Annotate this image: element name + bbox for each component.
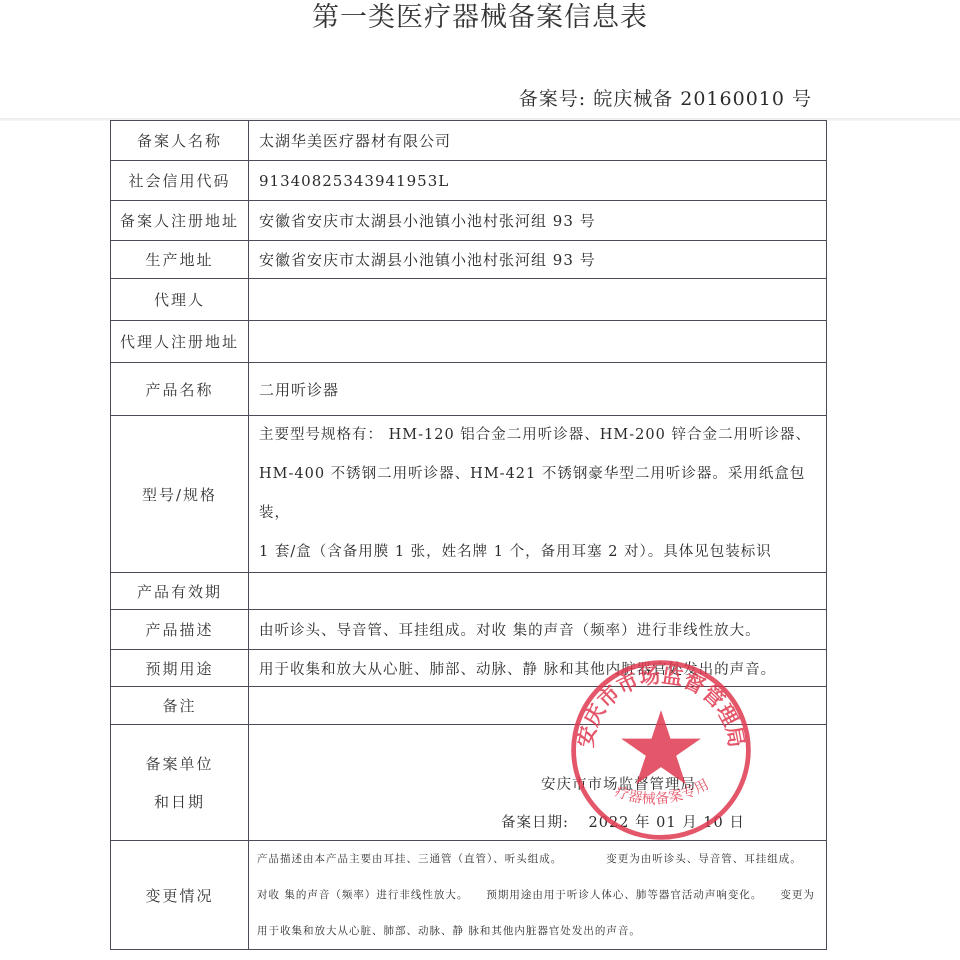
- value-credit-code: 91340825343941953L: [249, 161, 827, 201]
- label-model-spec: 型号/规格: [111, 416, 249, 573]
- record-number: 备案号: 皖庆械备 20160010 号: [519, 84, 812, 111]
- filing-date: 备案日期: 2022 年 01 月 10 日: [501, 811, 745, 832]
- row-filer-address: 备案人注册地址 安徽省安庆市太湖县小池镇小池村张河组 93 号: [111, 201, 827, 241]
- value-intended-use: 用于收集和放大从心脏、肺部、动脉、静 脉和其他内脏器官处发出的声音。: [249, 650, 827, 687]
- filing-date-day-unit: 日: [729, 815, 745, 831]
- value-filer-address: 安徽省安庆市太湖县小池镇小池村张河组 93 号: [249, 201, 827, 241]
- changes-line-2: 对收 集的声音（频率）进行非线性放大。预期用途由用于听诊人体心、肺等器官活动声响…: [257, 877, 826, 913]
- row-filer-name: 备案人名称 太湖华美医疗器材有限公司: [111, 121, 827, 161]
- filing-date-month-unit: 月: [682, 815, 698, 831]
- changes-line-3: 用于收集和放大从心脏、肺部、动脉、静 脉和其他内脏器官处发出的声音。: [257, 913, 826, 949]
- filing-date-year: 2022: [589, 815, 630, 831]
- row-model-spec: 型号/规格 主要型号规格有： HM-120 铝合金二用听诊器、HM-200 锌合…: [111, 416, 827, 573]
- filing-unit-block: 安庆市市场监督管理局 备案日期: 2022 年 01 月 10 日: [249, 725, 826, 840]
- value-description: 由听诊头、导音管、耳挂组成。对收 集的声音（频率）进行非线性放大。: [249, 610, 827, 650]
- filing-date-label: 备案日期:: [501, 815, 569, 831]
- value-product-name: 二用听诊器: [249, 363, 827, 416]
- filing-date-day: 10: [703, 815, 723, 831]
- row-changes: 变更情况 产品描述由本产品主要由耳挂、三通管（直管）、听头组成。变更为由听诊头、…: [111, 841, 827, 950]
- row-agent-address: 代理人注册地址: [111, 321, 827, 363]
- value-production-address: 安徽省安庆市太湖县小池镇小池村张河组 93 号: [249, 241, 827, 279]
- changes-line-2-part-a: 对收 集的声音（频率）进行非线性放大。: [257, 889, 468, 901]
- document-title: 第一类医疗器械备案信息表: [0, 0, 960, 36]
- label-filer-name: 备案人名称: [111, 121, 249, 161]
- label-filing-unit: 备案单位: [111, 745, 248, 783]
- label-agent-address: 代理人注册地址: [111, 321, 249, 363]
- filing-unit-name: 安庆市市场监督管理局: [541, 773, 696, 794]
- value-validity: [249, 573, 827, 610]
- label-description: 产品描述: [111, 610, 249, 650]
- changes-line-1-old: 产品描述由本产品主要由耳挂、三通管（直管）、听头组成。: [257, 853, 562, 865]
- row-intended-use: 预期用途 用于收集和放大从心脏、肺部、动脉、静 脉和其他内脏器官处发出的声音。: [111, 650, 827, 687]
- row-description: 产品描述 由听诊头、导音管、耳挂组成。对收 集的声音（频率）进行非线性放大。: [111, 610, 827, 650]
- value-agent-address: [249, 321, 827, 363]
- row-filing-unit-date: 备案单位 和日期 安庆市市场监督管理局 备案日期: 2022 年 01 月 10…: [111, 725, 827, 841]
- label-changes: 变更情况: [111, 841, 249, 950]
- changes-line-1-new: 变更为由听诊头、导音管、耳挂组成。: [606, 853, 802, 865]
- value-filing-unit-date: 安庆市市场监督管理局 备案日期: 2022 年 01 月 10 日: [249, 725, 827, 841]
- row-validity: 产品有效期: [111, 573, 827, 610]
- changes-line-1: 产品描述由本产品主要由耳挂、三通管（直管）、听头组成。变更为由听诊头、导音管、耳…: [257, 841, 826, 877]
- label-credit-code: 社会信用代码: [111, 161, 249, 201]
- label-and-date: 和日期: [111, 783, 248, 821]
- label-filing-unit-date: 备案单位 和日期: [111, 725, 249, 841]
- label-validity: 产品有效期: [111, 573, 249, 610]
- value-remarks: [249, 687, 827, 725]
- label-agent: 代理人: [111, 279, 249, 321]
- row-production-address: 生产地址 安徽省安庆市太湖县小池镇小池村张河组 93 号: [111, 241, 827, 279]
- changes-line-2-part-b: 预期用途由用于听诊人体心、肺等器官活动声响变化。: [486, 889, 762, 901]
- model-spec-line-3: 1 套/盒（含备用膜 1 张，姓名牌 1 个，备用耳塞 2 对）。具体见包装标识: [259, 533, 826, 572]
- row-credit-code: 社会信用代码 91340825343941953L: [111, 161, 827, 201]
- model-spec-line-1: 主要型号规格有： HM-120 铝合金二用听诊器、HM-200 锌合金二用听诊器…: [259, 416, 826, 455]
- label-product-name: 产品名称: [111, 363, 249, 416]
- value-changes: 产品描述由本产品主要由耳挂、三通管（直管）、听头组成。变更为由听诊头、导音管、耳…: [249, 841, 827, 950]
- model-spec-line-2: HM-400 不锈钢二用听诊器、HM-421 不锈钢豪华型二用听诊器。采用纸盒包…: [259, 455, 826, 533]
- label-intended-use: 预期用途: [111, 650, 249, 687]
- filing-date-month: 01: [656, 815, 676, 831]
- filing-date-year-unit: 年: [635, 815, 651, 831]
- value-filer-name: 太湖华美医疗器材有限公司: [249, 121, 827, 161]
- row-product-name: 产品名称 二用听诊器: [111, 363, 827, 416]
- label-production-address: 生产地址: [111, 241, 249, 279]
- value-agent: [249, 279, 827, 321]
- changes-line-2-part-c: 变更为: [780, 889, 815, 901]
- label-remarks: 备注: [111, 687, 249, 725]
- row-remarks: 备注: [111, 687, 827, 725]
- row-agent: 代理人: [111, 279, 827, 321]
- filing-info-table: 备案人名称 太湖华美医疗器材有限公司 社会信用代码 91340825343941…: [110, 120, 827, 950]
- label-filer-address: 备案人注册地址: [111, 201, 249, 241]
- value-model-spec: 主要型号规格有： HM-120 铝合金二用听诊器、HM-200 锌合金二用听诊器…: [249, 416, 827, 573]
